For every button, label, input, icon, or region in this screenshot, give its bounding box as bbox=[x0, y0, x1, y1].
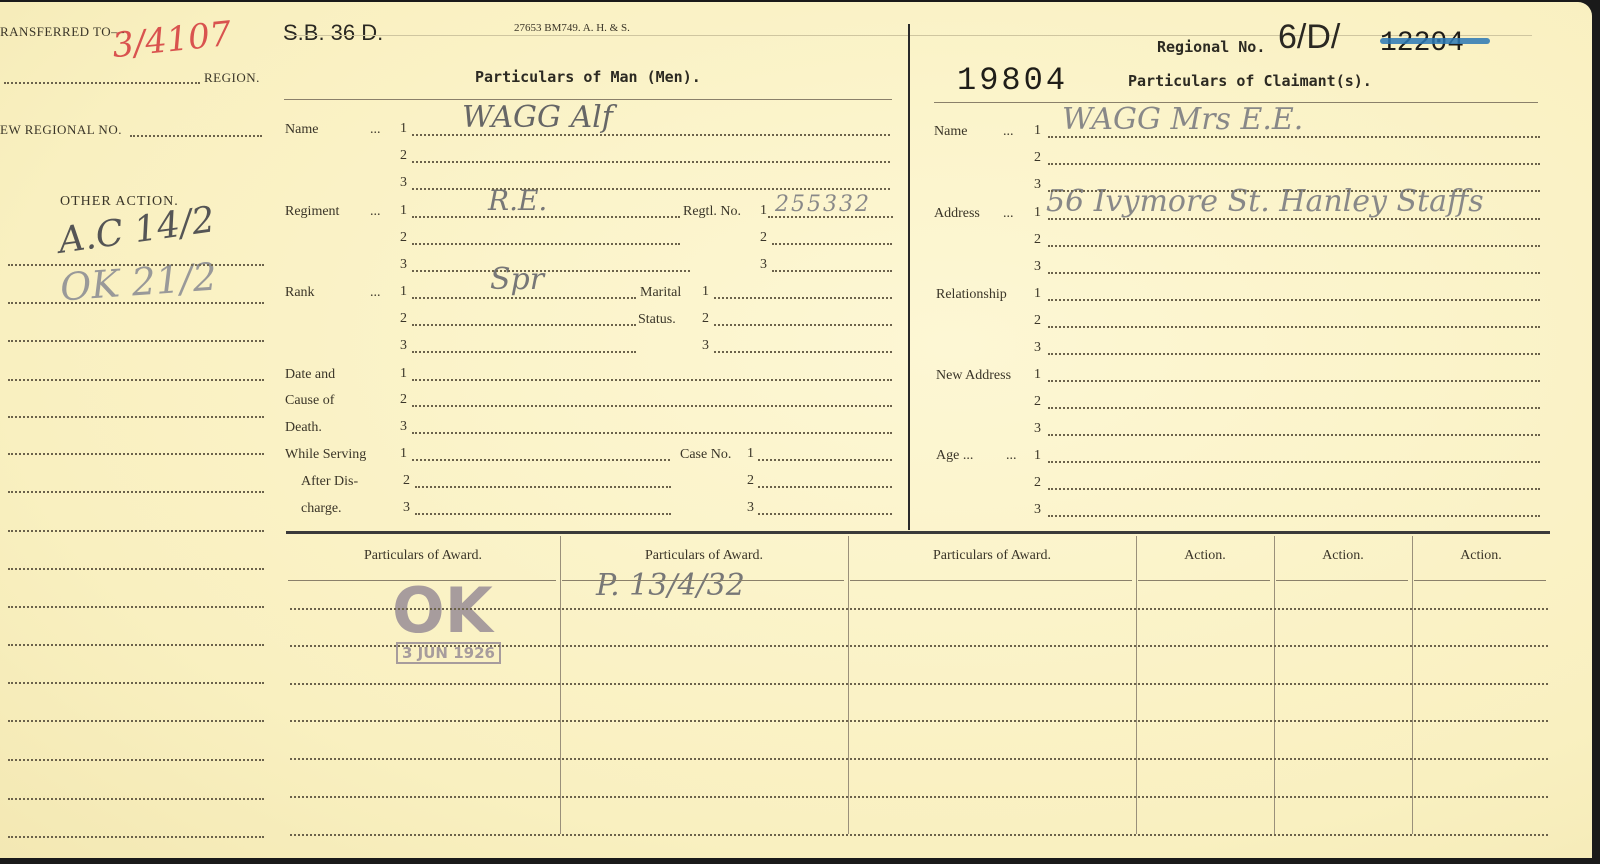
line-number: 1 bbox=[760, 203, 767, 219]
other-action-line bbox=[8, 720, 264, 722]
other-action-line bbox=[8, 491, 264, 493]
other-action-line bbox=[8, 453, 264, 455]
line-number: 1 bbox=[747, 446, 754, 462]
man-date-and-label: Date and bbox=[285, 367, 335, 383]
line-number: 1 bbox=[1034, 123, 1041, 139]
entry-line bbox=[412, 243, 680, 245]
line-number: 2 bbox=[1034, 475, 1041, 491]
line-number: 3 bbox=[1034, 259, 1041, 275]
award-entry-2: P. 13/4/32 bbox=[596, 568, 745, 603]
line-number: 3 bbox=[400, 419, 407, 435]
entry-line bbox=[1048, 136, 1540, 138]
award-column-header: Action. bbox=[1274, 548, 1412, 564]
leader-dots: ... bbox=[370, 204, 381, 220]
entry-line bbox=[1048, 163, 1540, 165]
leader-dots: ... bbox=[370, 122, 381, 138]
entry-line bbox=[412, 379, 892, 381]
line-number: 3 bbox=[760, 257, 767, 273]
entry-line bbox=[1048, 299, 1540, 301]
line-number: 2 bbox=[400, 311, 407, 327]
claimant-age-label: Age ... bbox=[936, 448, 973, 464]
entry-line bbox=[412, 270, 690, 272]
entry-line bbox=[1048, 488, 1540, 490]
man-heading: Particulars of Man (Men). bbox=[475, 68, 701, 86]
line-number: 2 bbox=[400, 148, 407, 164]
entry-line bbox=[412, 324, 636, 326]
line-number: 1 bbox=[1034, 205, 1041, 221]
other-action-line bbox=[8, 340, 264, 342]
claimant-name-label: Name bbox=[934, 124, 967, 140]
other-action-line bbox=[8, 530, 264, 532]
entry-line bbox=[412, 161, 890, 163]
column-header-rule bbox=[1138, 580, 1270, 581]
entry-line bbox=[412, 216, 680, 218]
transferred-to-value: 3/4107 bbox=[110, 14, 233, 66]
entry-line bbox=[768, 216, 893, 218]
marital-label: Marital bbox=[640, 285, 681, 301]
line-number: 1 bbox=[400, 121, 407, 137]
pension-record-card: RANSFERRED TO— 3/4107 REGION. EW REGIONA… bbox=[0, 2, 1592, 858]
new-regional-no-line bbox=[130, 135, 262, 137]
other-action-line bbox=[8, 798, 264, 800]
column-divider bbox=[560, 536, 561, 834]
line-number: 1 bbox=[400, 203, 407, 219]
entry-line bbox=[1048, 245, 1540, 247]
leader-dots: ... bbox=[1003, 206, 1014, 222]
man-name-label: Name bbox=[285, 122, 318, 138]
award-entry-line bbox=[290, 720, 1548, 722]
entry-line bbox=[412, 297, 636, 299]
entry-line bbox=[1048, 353, 1540, 355]
claimant-relationship-label: Relationship bbox=[936, 287, 1007, 303]
man-death-label: Death. bbox=[285, 420, 322, 436]
man-cause-of-label: Cause of bbox=[285, 393, 334, 409]
man-regtl-no-value: 255332 bbox=[775, 192, 871, 217]
entry-line bbox=[412, 405, 892, 407]
line-number: 3 bbox=[747, 500, 754, 516]
man-after-dis-label: After Dis- bbox=[301, 474, 358, 490]
printer-mark: 27653 BM749. A. H. & S. bbox=[514, 22, 630, 34]
claimant-heading: Particulars of Claimant(s). bbox=[1128, 72, 1372, 90]
entry-line bbox=[412, 188, 890, 190]
regional-no-prefix: 6/D/ bbox=[1278, 18, 1340, 57]
column-divider bbox=[1136, 536, 1137, 834]
other-action-line bbox=[8, 759, 264, 761]
column-header-rule bbox=[562, 580, 844, 581]
line-number: 3 bbox=[702, 338, 709, 354]
man-regiment-label: Regiment bbox=[285, 204, 339, 220]
entry-line bbox=[1048, 380, 1540, 382]
line-number: 2 bbox=[1034, 232, 1041, 248]
column-divider bbox=[848, 536, 849, 834]
line-number: 3 bbox=[1034, 502, 1041, 518]
line-number: 2 bbox=[403, 473, 410, 489]
blue-strikethrough bbox=[1380, 38, 1490, 44]
other-action-line bbox=[8, 644, 264, 646]
claimant-new-address-label: New Address bbox=[936, 368, 1011, 384]
entry-line bbox=[412, 459, 670, 461]
entry-line bbox=[758, 513, 892, 515]
entry-line bbox=[1048, 434, 1540, 436]
entry-line bbox=[1048, 272, 1540, 274]
award-entry-line bbox=[290, 683, 1548, 685]
line-number: 1 bbox=[1034, 367, 1041, 383]
man-name-value: WAGG Alf bbox=[462, 100, 613, 135]
award-entry-line bbox=[290, 645, 1548, 647]
entry-line bbox=[1048, 218, 1540, 220]
line-number: 2 bbox=[702, 311, 709, 327]
typed-case-number: 19804 bbox=[957, 62, 1068, 99]
regtl-no-label: Regtl. No. bbox=[683, 204, 741, 220]
award-entry-line bbox=[290, 796, 1548, 798]
entry-line bbox=[412, 134, 890, 136]
region-dotted-line bbox=[4, 82, 200, 84]
award-entry-line bbox=[290, 608, 1548, 610]
column-header-rule bbox=[850, 580, 1132, 581]
entry-line bbox=[1048, 515, 1540, 517]
award-entry-line bbox=[290, 834, 1548, 836]
award-column-header: Action. bbox=[1136, 548, 1274, 564]
entry-line bbox=[412, 432, 892, 434]
line-number: 1 bbox=[400, 366, 407, 382]
line-number: 2 bbox=[747, 473, 754, 489]
status-label: Status. bbox=[638, 312, 676, 328]
award-column-header: Particulars of Award. bbox=[560, 548, 848, 564]
line-number: 2 bbox=[400, 230, 407, 246]
column-header-rule bbox=[1414, 580, 1546, 581]
transferred-to-label: RANSFERRED TO— bbox=[0, 24, 125, 40]
man-rank-label: Rank bbox=[285, 285, 315, 301]
line-number: 1 bbox=[400, 446, 407, 462]
entry-line bbox=[714, 297, 892, 299]
section-divider bbox=[908, 24, 910, 530]
column-header-rule bbox=[1276, 580, 1408, 581]
other-action-line bbox=[8, 264, 264, 266]
entry-line bbox=[1048, 190, 1540, 192]
region-label: REGION. bbox=[204, 70, 260, 86]
leader-dots: ... bbox=[1006, 448, 1017, 464]
entry-line bbox=[1048, 461, 1540, 463]
other-action-line bbox=[8, 416, 264, 418]
entry-line bbox=[714, 351, 892, 353]
other-action-line bbox=[8, 568, 264, 570]
other-action-line bbox=[8, 836, 264, 838]
other-action-line bbox=[8, 606, 264, 608]
entry-line bbox=[758, 486, 892, 488]
other-action-line bbox=[8, 682, 264, 684]
awards-top-rule bbox=[286, 531, 1550, 534]
entry-line bbox=[772, 243, 892, 245]
ok-stamp: OK bbox=[392, 574, 493, 647]
line-number: 3 bbox=[1034, 177, 1041, 193]
award-column-header: Action. bbox=[1412, 548, 1550, 564]
line-number: 3 bbox=[400, 257, 407, 273]
form-code: S.B. 36 D. bbox=[283, 20, 383, 46]
column-divider bbox=[1274, 536, 1275, 834]
entry-line bbox=[758, 459, 892, 461]
entry-line bbox=[714, 324, 892, 326]
leader-dots: ... bbox=[370, 285, 381, 301]
new-regional-no-label: EW REGIONAL NO. bbox=[0, 122, 122, 138]
column-header-rule bbox=[288, 580, 556, 581]
line-number: 1 bbox=[1034, 448, 1041, 464]
other-action-line bbox=[8, 379, 264, 381]
line-number: 2 bbox=[760, 230, 767, 246]
leader-dots: ... bbox=[1003, 124, 1014, 140]
line-number: 2 bbox=[1034, 313, 1041, 329]
line-number: 1 bbox=[400, 284, 407, 300]
line-number: 2 bbox=[400, 392, 407, 408]
case-no-label: Case No. bbox=[680, 447, 731, 463]
line-number: 2 bbox=[1034, 150, 1041, 166]
line-number: 3 bbox=[403, 500, 410, 516]
other-action-line bbox=[8, 302, 264, 304]
column-divider bbox=[1412, 536, 1413, 834]
award-entry-line bbox=[290, 758, 1548, 760]
line-number: 3 bbox=[1034, 340, 1041, 356]
claimant-address-label: Address bbox=[934, 206, 980, 222]
line-number: 2 bbox=[1034, 394, 1041, 410]
entry-line bbox=[772, 270, 892, 272]
award-column-header: Particulars of Award. bbox=[848, 548, 1136, 564]
regional-no-label: Regional No. bbox=[1157, 38, 1265, 56]
claimant-name-value: WAGG Mrs E.E. bbox=[1062, 102, 1303, 137]
line-number: 3 bbox=[1034, 421, 1041, 437]
man-rank-value: Spr bbox=[490, 262, 544, 297]
entry-line bbox=[412, 351, 636, 353]
line-number: 1 bbox=[1034, 286, 1041, 302]
line-number: 3 bbox=[400, 338, 407, 354]
line-number: 3 bbox=[400, 175, 407, 191]
entry-line bbox=[1048, 326, 1540, 328]
man-charge-label: charge. bbox=[301, 501, 342, 517]
line-number: 1 bbox=[702, 284, 709, 300]
entry-line bbox=[1048, 407, 1540, 409]
award-column-header: Particulars of Award. bbox=[286, 548, 560, 564]
entry-line bbox=[415, 513, 671, 515]
man-while-serving-label: While Serving bbox=[285, 447, 366, 463]
entry-line bbox=[415, 486, 671, 488]
